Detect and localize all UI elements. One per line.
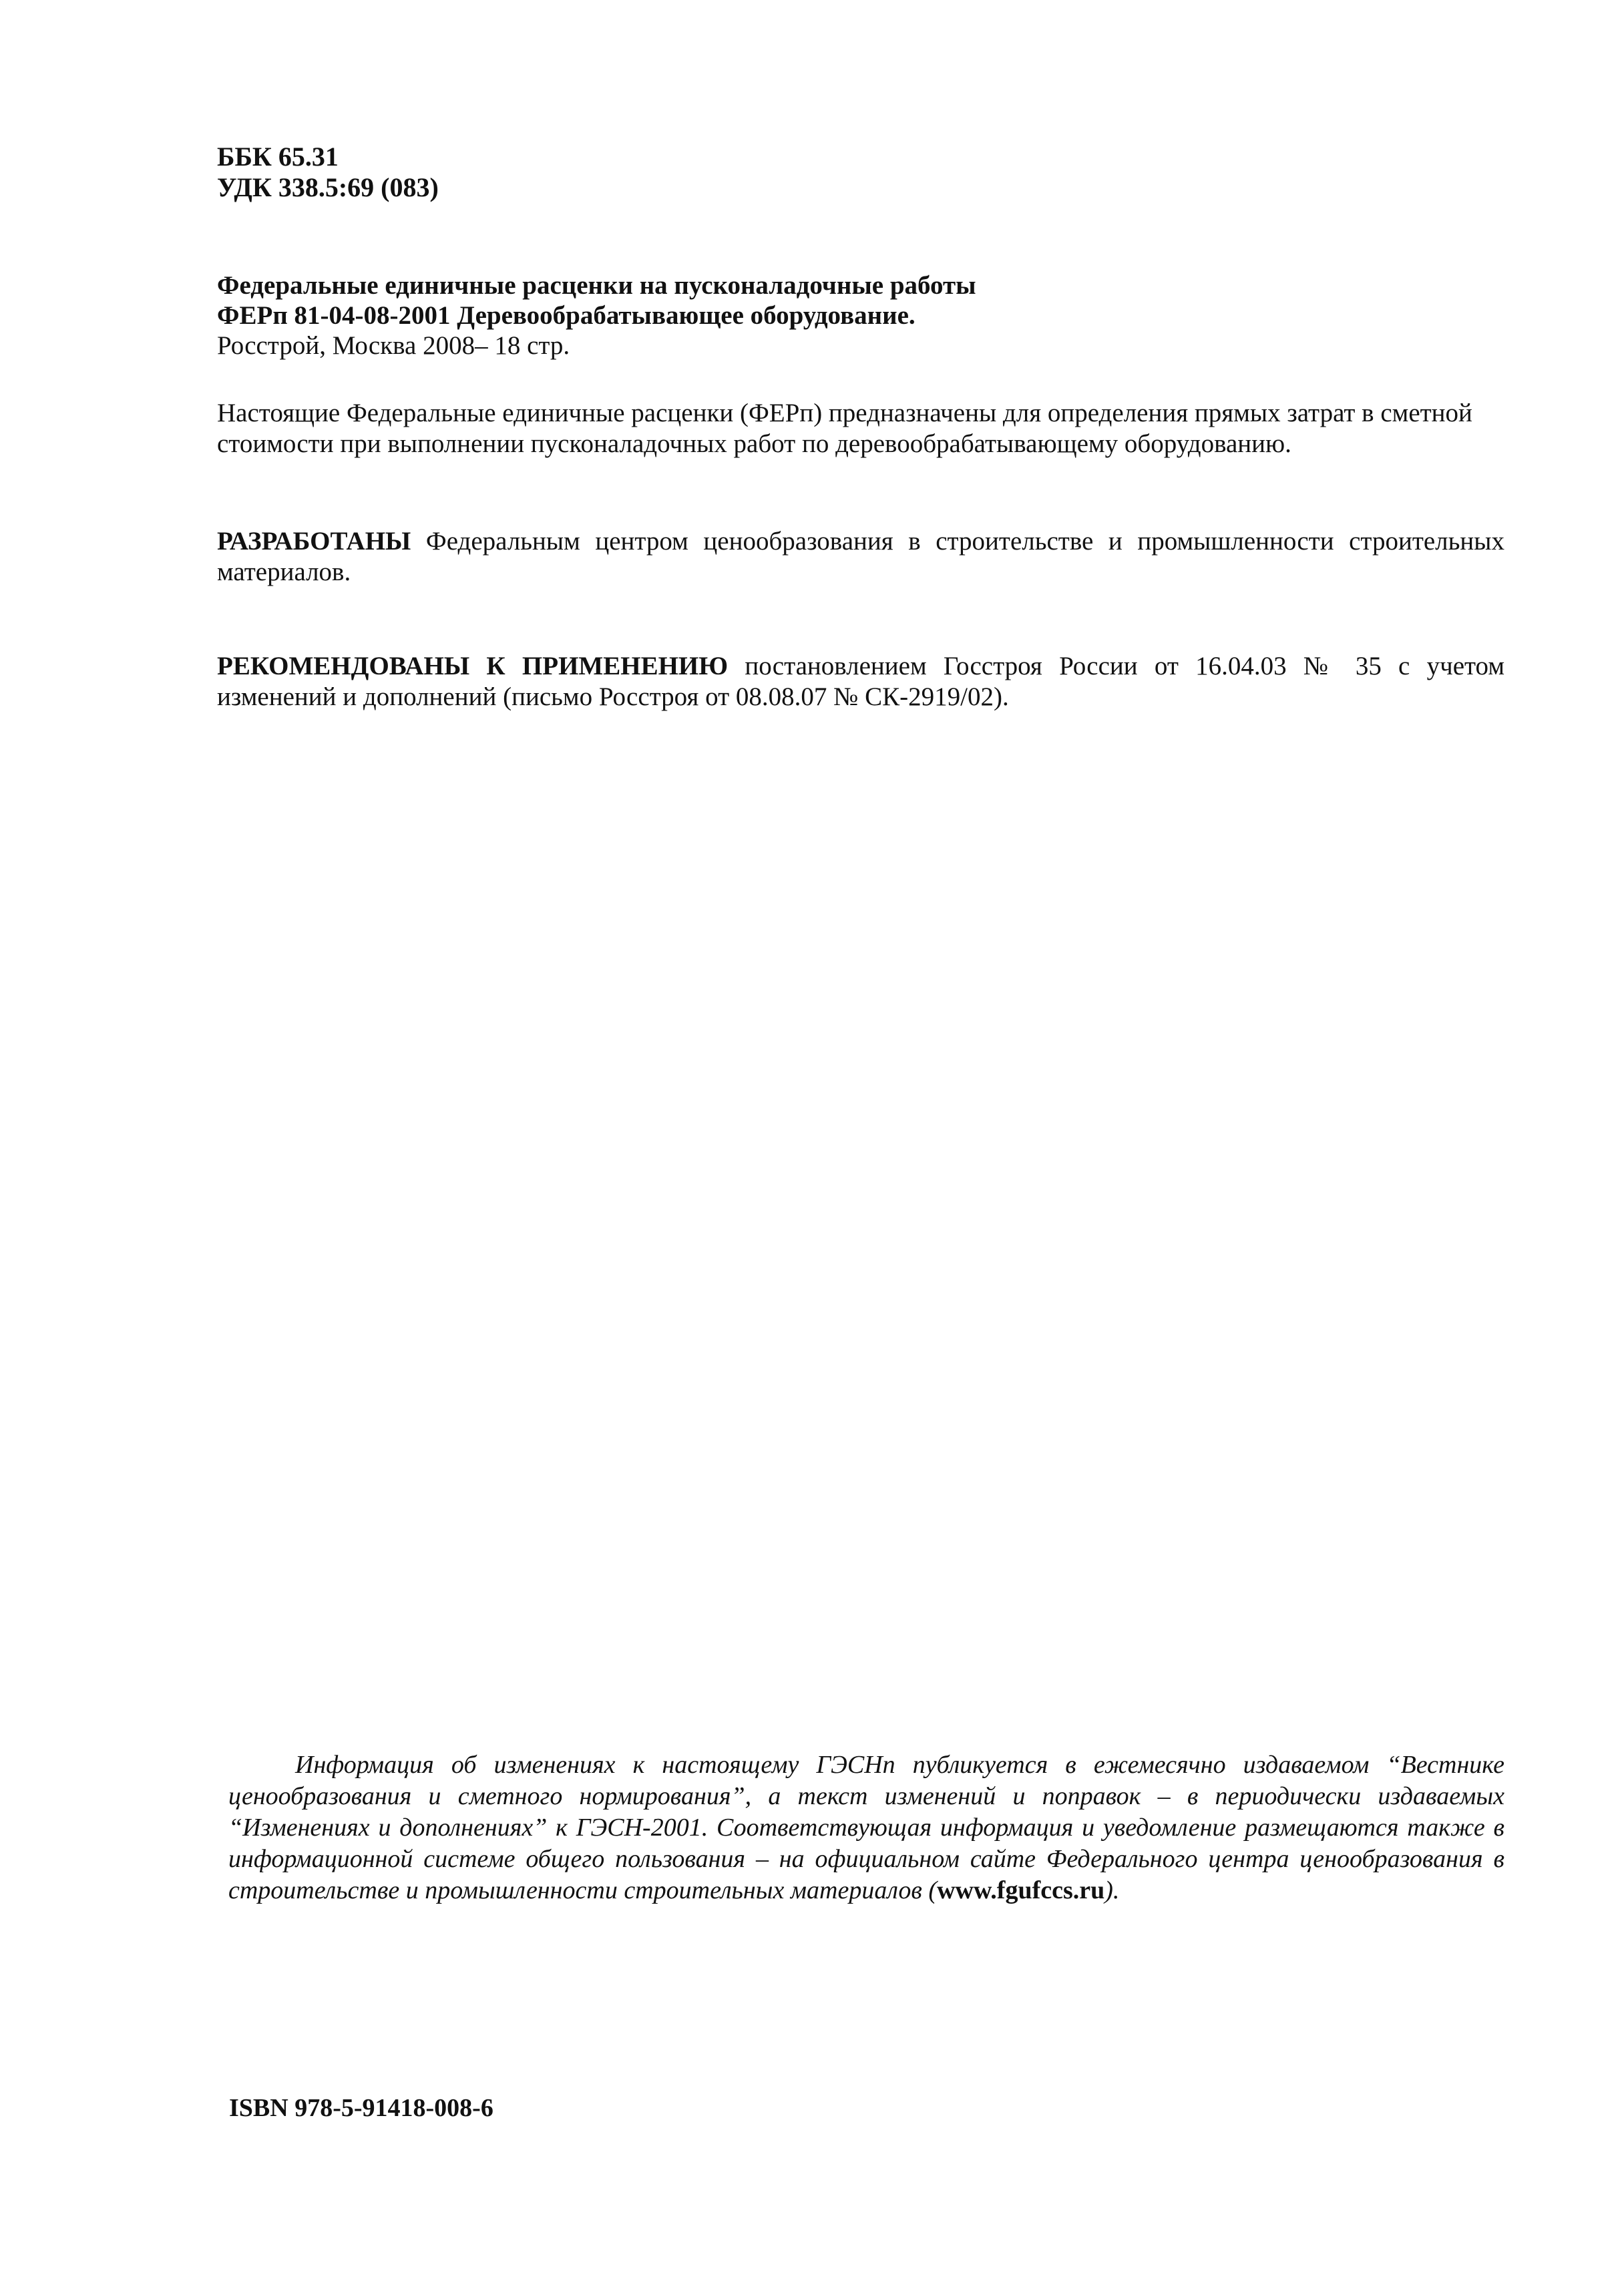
isbn: ISBN 978-5-91418-008-6 [229, 2093, 1516, 2123]
developed-lead: РАЗРАБОТАНЫ [217, 527, 411, 556]
recommended-line-2: изменений и дополнений (письмо Росстроя … [217, 682, 1504, 712]
udk-code: УДК 338.5:69 (083) [217, 172, 1504, 203]
info-note: Информация об изменениях к настоящему ГЭ… [228, 1749, 1504, 1906]
description-paragraph: Настоящие Федеральные единичные расценки… [217, 398, 1504, 459]
imprint: Росстрой, Москва 2008– 18 стр. [217, 331, 1504, 361]
recommended-line-1: РЕКОМЕНДОВАНЫ К ПРИМЕНЕНИЮ постановление… [217, 651, 1504, 682]
website-link[interactable]: www.fgufccs.ru [937, 1876, 1104, 1904]
title-line-1: Федеральные единичные расценки на пускон… [217, 270, 1504, 300]
recommended-paragraph: РЕКОМЕНДОВАНЫ К ПРИМЕНЕНИЮ постановление… [217, 651, 1504, 712]
recommended-text: постановлением Госстроя России от 16.04.… [728, 652, 1504, 680]
document-title: Федеральные единичные расценки на пускон… [217, 270, 1504, 361]
info-note-text: Информация об изменениях к настоящему ГЭ… [228, 1751, 1504, 1904]
bbk-code: ББК 65.31 [217, 142, 1504, 172]
title-line-2: ФЕРп 81-04-08-2001 Деревообрабатывающее … [217, 300, 1504, 331]
developed-by-paragraph: РАЗРАБОТАНЫ Федеральным центром ценообра… [217, 526, 1504, 588]
classification-codes: ББК 65.31 УДК 338.5:69 (083) [217, 142, 1504, 203]
recommended-lead: РЕКОМЕНДОВАНЫ К ПРИМЕНЕНИЮ [217, 652, 728, 680]
info-note-tail: ). [1104, 1876, 1119, 1904]
developed-text: Федеральным центром ценообразования в ст… [217, 527, 1504, 586]
